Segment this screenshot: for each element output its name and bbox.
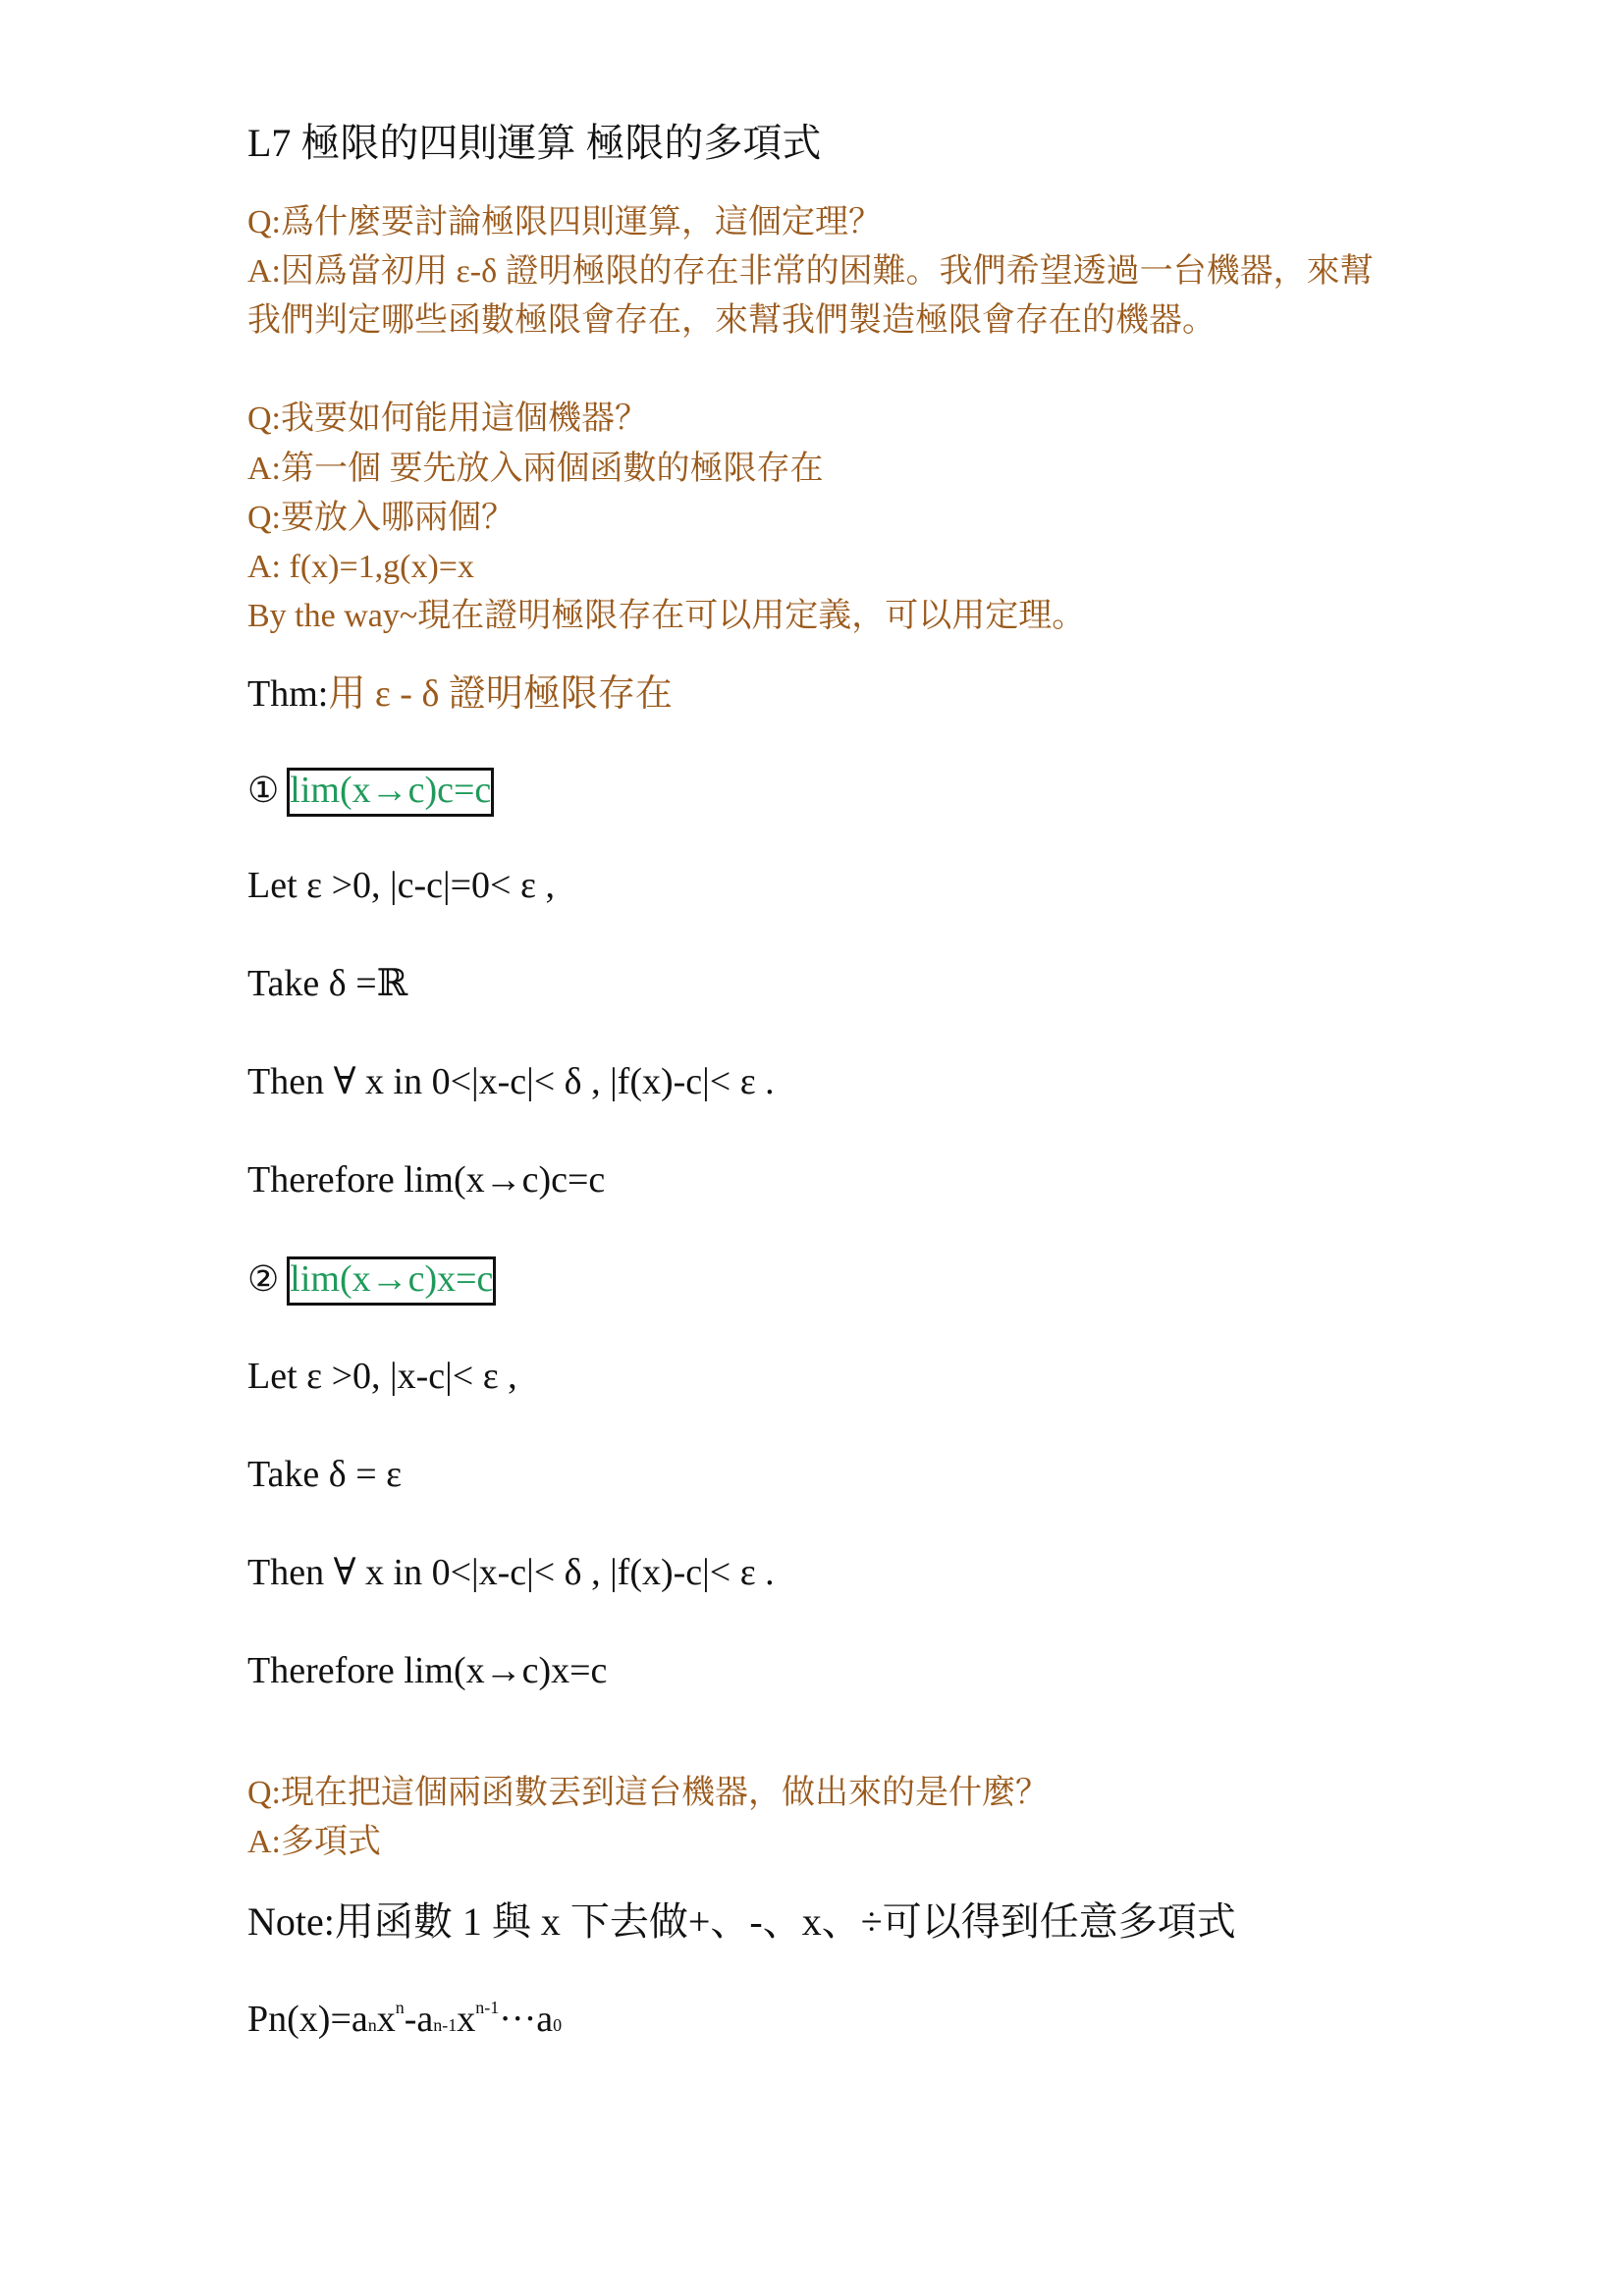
proof-1-therefore: Therefore lim(x→c)c=c [247,1161,605,1199]
proof-2-therefore: Therefore lim(x→c)x=c [247,1652,607,1689]
proof-2-take: Take δ = ε [247,1456,402,1493]
page-title: L7 極限的四則運算 極限的多項式 [247,124,821,163]
question-4: Q:現在把這個兩函數丟到這台機器，做出來的是什麼？ [247,1777,1049,1810]
answer-1-line-2: 我們判定哪些函數極限會存在，來幫我們製造極限會存在的機器。 [247,304,1216,338]
theorem-line: Thm:用 ε - δ 證明極限存在 [247,675,673,713]
poly-a0: a [536,1999,553,2040]
poly-dots: ··· [499,1999,536,2040]
answer-3: A: f(x)=1,g(x)=x [247,551,474,584]
proof-1-take: Take δ =ℝ [247,965,407,1002]
proof-1-statement: ①lim(x→c)c=c [247,768,494,817]
poly-a-n1: a [416,1999,433,2040]
poly-lhs: Pn(x)= [247,1999,352,2040]
proof-2-statement: ②lim(x→c)x=c [247,1256,496,1306]
answer-2: A:第一個 要先放入兩個函數的極限存在 [247,453,824,486]
question-2: Q:我要如何能用這個機器？ [247,402,648,436]
poly-sub-0: 0 [553,2015,562,2035]
boxed-limit-constant: lim(x→c)c=c [287,768,494,817]
polynomial-formula: Pn(x)=anxn-an-1xn-1···a0 [247,1999,562,2038]
theorem-text: 用 ε - δ 證明極限存在 [328,673,673,715]
question-3: Q:要放入哪兩個？ [247,502,514,535]
note-line: Note:用函數 1 與 x 下去做+、-、x、÷可以得到任意多項式 [247,1902,1236,1942]
circled-two-marker: ② [247,1261,279,1297]
boxed-limit-identity: lim(x→c)x=c [287,1256,496,1306]
theorem-label: Thm: [247,673,328,715]
circled-one-marker: ① [247,773,279,808]
document-page: L7 極限的四則運算 極限的多項式 Q:爲什麼要討論極限四則運算，這個定理？ A… [0,0,1624,2296]
poly-sup-n1: n-1 [475,1998,499,2017]
proof-2-then: Then ∀ x in 0<|x-c|< δ , |f(x)-c|< ε . [247,1554,775,1591]
poly-x2: x [457,1999,475,2040]
proof-1-then: Then ∀ x in 0<|x-c|< δ , |f(x)-c|< ε . [247,1063,775,1100]
poly-x1: x [377,1999,396,2040]
poly-sup-n: n [396,1998,405,2017]
answer-4: A:多項式 [247,1826,381,1859]
proof-2-let: Let ε >0, |x-c|< ε , [247,1358,517,1395]
answer-1-line-1: A:因爲當初用 ε-δ 證明極限的存在非常的困難。我們希望透過一台機器，來幫 [247,255,1374,289]
proof-1-let: Let ε >0, |c-c|=0< ε , [247,867,555,904]
poly-sub-n1: n-1 [433,2015,457,2035]
poly-minus: - [405,1999,417,2040]
by-the-way-note: By the way~現在證明極限存在可以用定義，可以用定理。 [247,600,1085,633]
poly-sub-n: n [368,2015,377,2035]
question-1: Q:爲什麼要討論極限四則運算，這個定理？ [247,206,882,240]
poly-a-n: a [352,1999,368,2040]
